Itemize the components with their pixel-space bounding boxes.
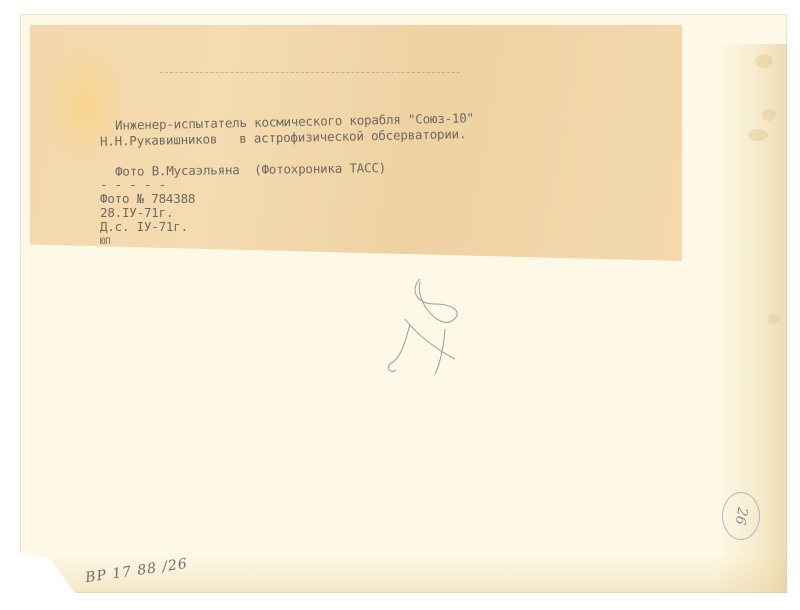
circled-number: 26 [722, 492, 760, 540]
typist-initials: ЮП [100, 235, 110, 249]
faint-dash-line [160, 72, 460, 75]
foxing-spot [768, 314, 780, 324]
photo-number: Фото № 784388 [100, 192, 195, 206]
pencil-scribble-icon [380, 274, 490, 384]
photo-card-back: Инженер-испытатель космического корабля … [20, 14, 787, 593]
photo-date: 28.IУ-71г. [100, 206, 173, 220]
separator: - - - - - [100, 178, 166, 192]
circled-number-text: 26 [732, 506, 751, 526]
foxing-spot [762, 109, 776, 121]
foxing-spot [748, 129, 768, 141]
caption-label: Инженер-испытатель космического корабля … [30, 25, 682, 261]
release-date: Д.с. IУ-71г. [100, 220, 188, 234]
foxing-spot [755, 54, 773, 68]
